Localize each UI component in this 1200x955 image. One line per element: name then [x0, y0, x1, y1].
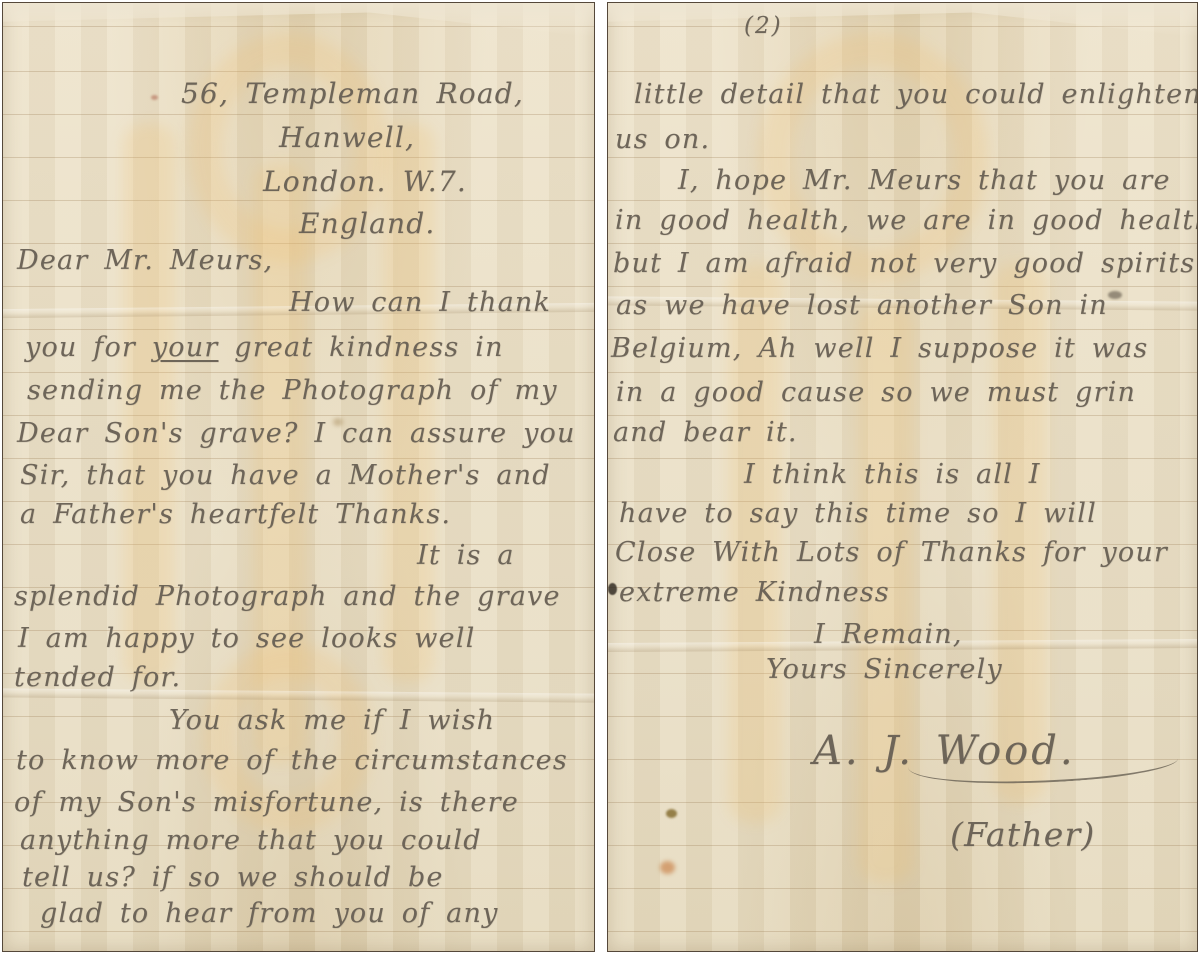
sender-address-line: 56, Templeman Road,	[181, 77, 524, 110]
letter-line: sending me the Photograph of my	[27, 375, 558, 406]
letter-line: glad to hear from you of any	[40, 898, 499, 929]
letter-line: in good health, we are in good health	[615, 205, 1198, 236]
stain-speck	[1108, 291, 1122, 299]
page-number: (2)	[744, 13, 783, 39]
letter-page-1: 56, Templeman Road, Hanwell, London. W.7…	[2, 2, 595, 952]
letter-line: little detail that you could enlighten	[634, 79, 1198, 110]
letter-line: in a good cause so we must grin	[616, 377, 1136, 408]
letter-line: I, hope Mr. Meurs that you are	[678, 165, 1171, 196]
letter-text: you for	[25, 332, 152, 363]
letter-line: have to say this time so I will	[619, 498, 1097, 529]
signature-note: (Father)	[950, 815, 1096, 854]
letter-line: It is a	[417, 540, 515, 571]
letter-line: I think this is all I	[744, 459, 1041, 490]
underlined-word: your	[152, 332, 219, 363]
letter-line: as we have lost another Son in	[616, 290, 1108, 321]
letter-line: extreme Kindness	[619, 577, 890, 608]
letter-text: great kindness in	[218, 332, 503, 363]
letter-line: tended for.	[14, 662, 181, 693]
letter-line: Sir, that you have a Mother's and	[20, 460, 551, 491]
sender-address-line: Hanwell,	[279, 121, 415, 154]
closing-line: I Remain,	[814, 619, 963, 650]
letter-page-2: (2) little detail that you could enlight…	[607, 2, 1198, 952]
sender-address-line: England.	[299, 207, 436, 240]
letter-line: to know more of the circumstances	[16, 745, 568, 776]
letter-line: us on.	[615, 124, 710, 155]
stain-speck	[608, 583, 617, 595]
letter-line: tell us? if so we should be	[22, 862, 444, 893]
stain-dot	[666, 809, 677, 818]
paper-fold-top	[608, 3, 1197, 37]
letter-scan: { "document": { "kind": "handwritten-let…	[0, 0, 1200, 955]
letter-line: Belgium, Ah well I suppose it was	[611, 333, 1148, 364]
stain-dot	[660, 861, 675, 874]
letter-line: anything more that you could	[20, 825, 482, 856]
closing-line: Yours Sincerely	[766, 654, 1003, 685]
watermark-ring	[758, 33, 988, 283]
letter-line: Dear Son's grave? I can assure you	[17, 418, 576, 449]
salutation: Dear Mr. Meurs,	[17, 245, 273, 276]
letter-line: I am happy to see looks well	[18, 623, 475, 654]
letter-line: but I am afraid not very good spirits	[613, 248, 1195, 279]
letter-line: of my Son's misfortune, is there	[14, 787, 519, 818]
letter-line: Close With Lots of Thanks for your	[615, 537, 1168, 568]
stain-speck	[151, 95, 158, 100]
paper-fold-top	[3, 3, 594, 37]
letter-line: How can I thank	[289, 287, 551, 318]
letter-line: and bear it.	[613, 417, 798, 448]
letter-line: you for your great kindness in	[25, 332, 504, 363]
letter-line: a Father's heartfelt Thanks.	[20, 499, 451, 530]
sender-address-line: London. W.7.	[263, 165, 467, 198]
letter-line: You ask me if I wish	[169, 705, 495, 736]
letter-line: splendid Photograph and the grave	[14, 581, 561, 612]
